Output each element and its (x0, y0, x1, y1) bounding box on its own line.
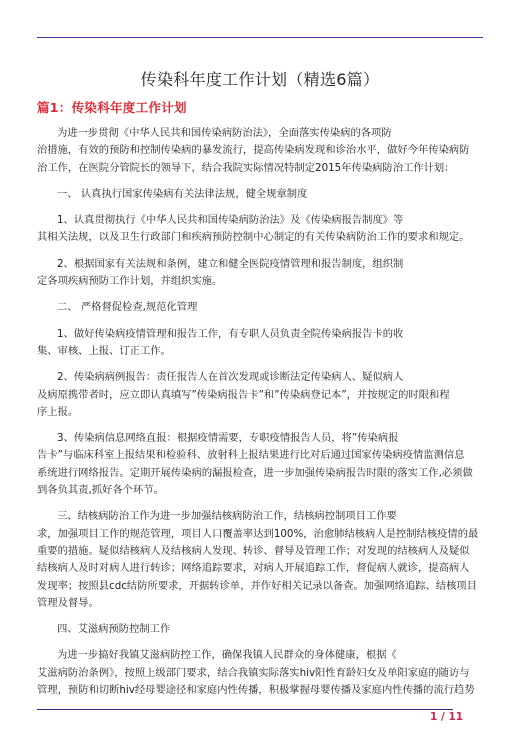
paragraph-line: 二、 严格督促检查,规范化管理 (37, 299, 477, 316)
paragraph-line: 管理及督导。 (37, 595, 477, 612)
paragraph-line: 1、做好传染病疫情管理和报告工作，有专职人员负责全院传染病报告卡的收 (37, 326, 477, 343)
paragraph: 为进一步贯彻《中华人民共和国传染病防治法》，全面落实传染病的各项防治措施，有效的… (37, 125, 477, 177)
footer-rule (37, 709, 453, 710)
header-rule (37, 37, 483, 38)
paragraph-line: 四、艾滋病预防控制工作 (37, 621, 477, 638)
paragraph-line: 系统进行网络报告。定期开展传染病的漏报检查，进一步加强传染病报告时限的落实工作,… (37, 465, 477, 482)
document-title: 传染科年度工作计划（精选6篇） (0, 67, 520, 90)
paragraph-line: 艾滋病防治条例》，按照上级部门要求，结合我镇实际落实hiv阳性育龄妇女及单阳家庭… (37, 665, 477, 682)
paragraph: 1、做好传染病疫情管理和报告工作，有专职人员负责全院传染病报告卡的收集、审核、上… (37, 326, 477, 361)
paragraph-line: 3、传染病信息网络直报：根据疫情需要，专职疫情报告人员，将”传染病报 (37, 430, 477, 447)
paragraph-line: 为进一步搞好我镇艾滋病防控工作，确保我镇人民群众的身体健康，根据《 (37, 647, 477, 664)
section-heading: 篇1：传染科年度工作计划 (37, 98, 187, 116)
paragraph-line: 治措施，有效的预防和控制传染病的暴发流行，提高传染病发现和诊治水平，做好今年传染… (37, 142, 477, 159)
paragraph-line: 告卡”与临床科室上报结果和检验科、放射科上报结果进行比对后通过国家传染病疫情监测… (37, 447, 477, 464)
paragraph-line: 及病原携带者时，应立即认真填写”传染病报告卡”和”传染病登记本”，并按规定的时限… (37, 387, 477, 404)
paragraph: 三、结核病防治工作为进一步加强结核病防治工作，结核病控制项目工作要求，加强项目工… (37, 508, 477, 612)
paragraph: 四、艾滋病预防控制工作 (37, 621, 477, 638)
paragraph: 一、 认真执行国家传染病有关法律法规，健全规章制度 (37, 186, 477, 203)
paragraph-line: 序上报。 (37, 404, 477, 421)
paragraph-line: 求，加强项目工作的规范管理，项目人口覆盖率达到100%，治愈肺结核病人是控制结核… (37, 526, 477, 543)
paragraph: 为进一步搞好我镇艾滋病防控工作，确保我镇人民群众的身体健康，根据《艾滋病防治条例… (37, 647, 477, 699)
paragraph: 1、认真贯彻执行《中华人民共和国传染病防治法》及《传染病报告制度》等其相关法规，… (37, 212, 477, 247)
paragraph-line: 定各项疾病预防工作计划，并组织实施。 (37, 273, 477, 290)
paragraph: 二、 严格督促检查,规范化管理 (37, 299, 477, 316)
paragraph-line: 三、结核病防治工作为进一步加强结核病防治工作，结核病控制项目工作要 (37, 508, 477, 525)
paragraph-line: 结核病人及时对病人进行转诊；网络追踪要求，对病人开展追踪工作，督促病人就诊，提高… (37, 560, 477, 577)
paragraph-line: 为进一步贯彻《中华人民共和国传染病防治法》，全面落实传染病的各项防 (37, 125, 477, 142)
paragraph-line: 一、 认真执行国家传染病有关法律法规，健全规章制度 (37, 186, 477, 203)
paragraph: 2、根据国家有关法规和条例，建立和健全医院疫情管理和报告制度，组织制定各项疾病预… (37, 256, 477, 291)
paragraph-line: 管理，预防和切断hiv经母婴途径和家庭内性传播，积极掌握母婴传播及家庭内性传播的… (37, 682, 477, 699)
paragraph-line: 集、审核、上报、订正工作。 (37, 343, 477, 360)
document-body: 为进一步贯彻《中华人民共和国传染病防治法》，全面落实传染病的各项防治措施，有效的… (37, 125, 477, 708)
paragraph-line: 发现率；按照县cdc结防所要求，开据转诊单，并作好相关记录以备查。加强网络追踪、… (37, 578, 477, 595)
paragraph-line: 其相关法规，以及卫生行政部门和疾病预防控制中心制定的有关传染病防治工作的要求和规… (37, 229, 477, 246)
paragraph-line: 重要的措施。疑似结核病人及结核病人发现、转诊、督导及管理工作；对发现的结核病人及… (37, 543, 477, 560)
paragraph-line: 治工作，在医院分管院长的领导下，结合我院实际情况特制定2015年传染病防治工作计… (37, 160, 477, 177)
paragraph-line: 1、认真贯彻执行《中华人民共和国传染病防治法》及《传染病报告制度》等 (37, 212, 477, 229)
paragraph-line: 2、传染病病例报告：责任报告人在首次发现或诊断法定传染病人、疑似病人 (37, 369, 477, 386)
paragraph-line: 2、根据国家有关法规和条例，建立和健全医院疫情管理和报告制度，组织制 (37, 256, 477, 273)
paragraph: 2、传染病病例报告：责任报告人在首次发现或诊断法定传染病人、疑似病人及病原携带者… (37, 369, 477, 421)
paragraph: 3、传染病信息网络直报：根据疫情需要，专职疫情报告人员，将”传染病报告卡”与临床… (37, 430, 477, 499)
paragraph-line: 到各负其责,抓好各个环节。 (37, 482, 477, 499)
page-indicator: 1 / 11 (430, 711, 463, 723)
